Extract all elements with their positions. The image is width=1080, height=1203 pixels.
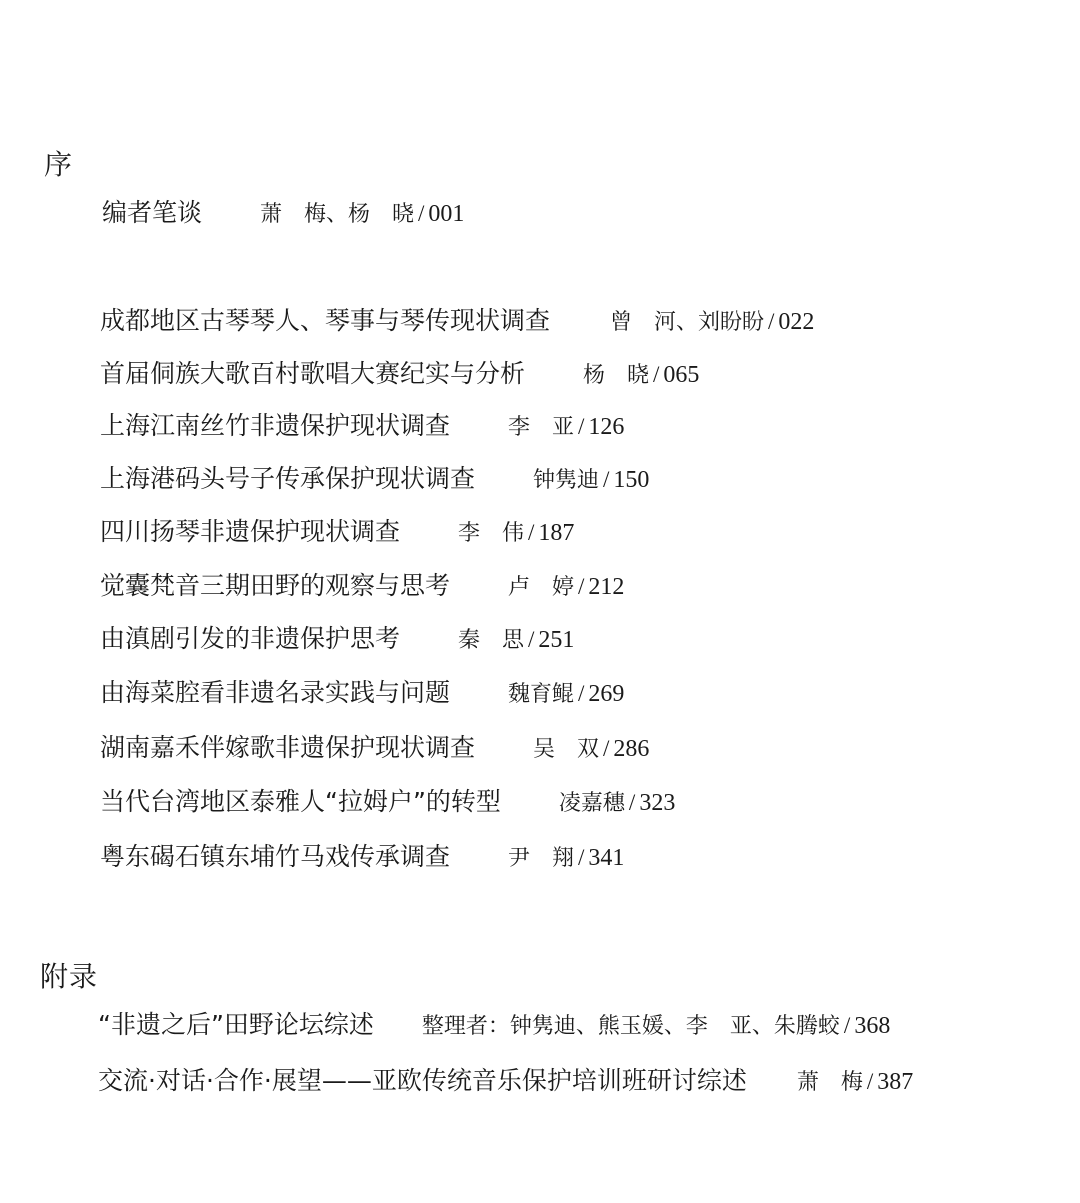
- toc-entry[interactable]: 由滇剧引发的非遗保护思考 秦 思 / 251: [100, 626, 574, 652]
- entry-author: 卢 婷: [508, 577, 574, 599]
- entry-author: 李 伟: [458, 523, 524, 545]
- entry-title: 上海江南丝竹非遗保护现状调查: [100, 413, 450, 438]
- entry-page-number: 341: [588, 846, 624, 870]
- toc-entry[interactable]: 当代台湾地区泰雅人“拉姆户”的转型 凌嘉穗 / 323: [100, 789, 675, 815]
- entry-page-number: 126: [588, 415, 624, 439]
- page-separator: /: [578, 415, 584, 438]
- entry-author: 尹 翔: [508, 848, 574, 870]
- entry-page-number: 323: [639, 791, 675, 815]
- page-separator: /: [629, 791, 635, 814]
- entry-author: 凌嘉穗: [559, 793, 625, 815]
- toc-entry[interactable]: 四川扬琴非遗保护现状调查 李 伟 / 187: [100, 519, 574, 545]
- toc-entry[interactable]: 湖南嘉禾伴嫁歌非遗保护现状调查 吴 双 / 286: [100, 735, 649, 761]
- entry-page-number: 150: [613, 468, 649, 492]
- entry-title: 上海港码头号子传承保护现状调查: [100, 466, 475, 491]
- entry-title: 湖南嘉禾伴嫁歌非遗保护现状调查: [100, 735, 475, 760]
- toc-entry[interactable]: 觉囊梵音三期田野的观察与思考 卢 婷 / 212: [100, 573, 624, 599]
- page-separator: /: [603, 468, 609, 491]
- entry-title: 首届侗族大歌百村歌唱大赛纪实与分析: [100, 361, 525, 386]
- entry-page-number: 001: [428, 202, 464, 226]
- toc-entry[interactable]: 编者笔谈 萧 梅、杨 晓 / 001: [102, 200, 464, 226]
- entry-page-number: 065: [663, 363, 699, 387]
- entry-title: 粤东碣石镇东埔竹马戏传承调查: [100, 844, 450, 869]
- entry-author: 整理者：钟隽迪、熊玉媛、李 亚、朱腾蛟: [422, 1016, 840, 1038]
- entry-author: 吴 双: [533, 739, 599, 761]
- entry-author: 魏育鲲: [508, 684, 574, 706]
- entry-title: 觉囊梵音三期田野的观察与思考: [100, 573, 450, 598]
- toc-entry[interactable]: 交流·对话·合作·展望——亚欧传统音乐保护培训班研讨综述 萧 梅 / 387: [98, 1068, 913, 1094]
- entry-page-number: 212: [588, 575, 624, 599]
- toc-entry[interactable]: 粤东碣石镇东埔竹马戏传承调查 尹 翔 / 341: [100, 844, 624, 870]
- entry-title: 交流·对话·合作·展望——亚欧传统音乐保护培训班研讨综述: [98, 1068, 747, 1093]
- page-separator: /: [653, 363, 659, 386]
- page-separator: /: [528, 628, 534, 651]
- entry-page-number: 368: [854, 1014, 890, 1038]
- toc-entry[interactable]: 首届侗族大歌百村歌唱大赛纪实与分析 杨 晓 / 065: [100, 361, 699, 387]
- toc-entry[interactable]: 成都地区古琴琴人、琴事与琴传现状调查 曾 河、刘盼盼 / 022: [100, 308, 814, 334]
- toc-entry[interactable]: 上海江南丝竹非遗保护现状调查 李 亚 / 126: [100, 413, 624, 439]
- toc-entry[interactable]: 由海菜腔看非遗名录实践与问题 魏育鲲 / 269: [100, 680, 624, 706]
- entry-author: 杨 晓: [583, 365, 649, 387]
- page-separator: /: [418, 202, 424, 225]
- page-separator: /: [578, 575, 584, 598]
- page-separator: /: [603, 737, 609, 760]
- entry-author: 李 亚: [508, 417, 574, 439]
- entry-page-number: 187: [538, 521, 574, 545]
- entry-title: 由滇剧引发的非遗保护思考: [100, 626, 400, 651]
- entry-author: 秦 思: [458, 630, 524, 652]
- entry-title: “非遗之后”田野论坛综述: [98, 1012, 374, 1037]
- page-separator: /: [528, 521, 534, 544]
- entry-title: 由海菜腔看非遗名录实践与问题: [100, 680, 450, 705]
- entry-author: 萧 梅、杨 晓: [260, 204, 414, 226]
- entry-title: 成都地区古琴琴人、琴事与琴传现状调查: [100, 308, 550, 333]
- entry-page-number: 286: [613, 737, 649, 761]
- page-separator: /: [578, 682, 584, 705]
- entry-title: 当代台湾地区泰雅人“拉姆户”的转型: [100, 789, 501, 814]
- page-separator: /: [768, 310, 774, 333]
- page-separator: /: [578, 846, 584, 869]
- entry-title: 编者笔谈: [102, 200, 202, 225]
- entry-title: 四川扬琴非遗保护现状调查: [100, 519, 400, 544]
- page-separator: /: [844, 1014, 850, 1037]
- entry-author: 萧 梅: [797, 1072, 863, 1094]
- section-heading-appendix: 附录: [40, 955, 98, 995]
- entry-author: 曾 河、刘盼盼: [610, 312, 764, 334]
- toc-entry[interactable]: “非遗之后”田野论坛综述 整理者：钟隽迪、熊玉媛、李 亚、朱腾蛟 / 368: [98, 1012, 890, 1038]
- entry-page-number: 387: [877, 1070, 913, 1094]
- section-heading-preface: 序: [44, 143, 73, 183]
- entry-page-number: 269: [588, 682, 624, 706]
- entry-page-number: 251: [538, 628, 574, 652]
- entry-author: 钟隽迪: [533, 470, 599, 492]
- entry-page-number: 022: [778, 310, 814, 334]
- page-separator: /: [867, 1070, 873, 1093]
- toc-entry[interactable]: 上海港码头号子传承保护现状调查 钟隽迪 / 150: [100, 466, 649, 492]
